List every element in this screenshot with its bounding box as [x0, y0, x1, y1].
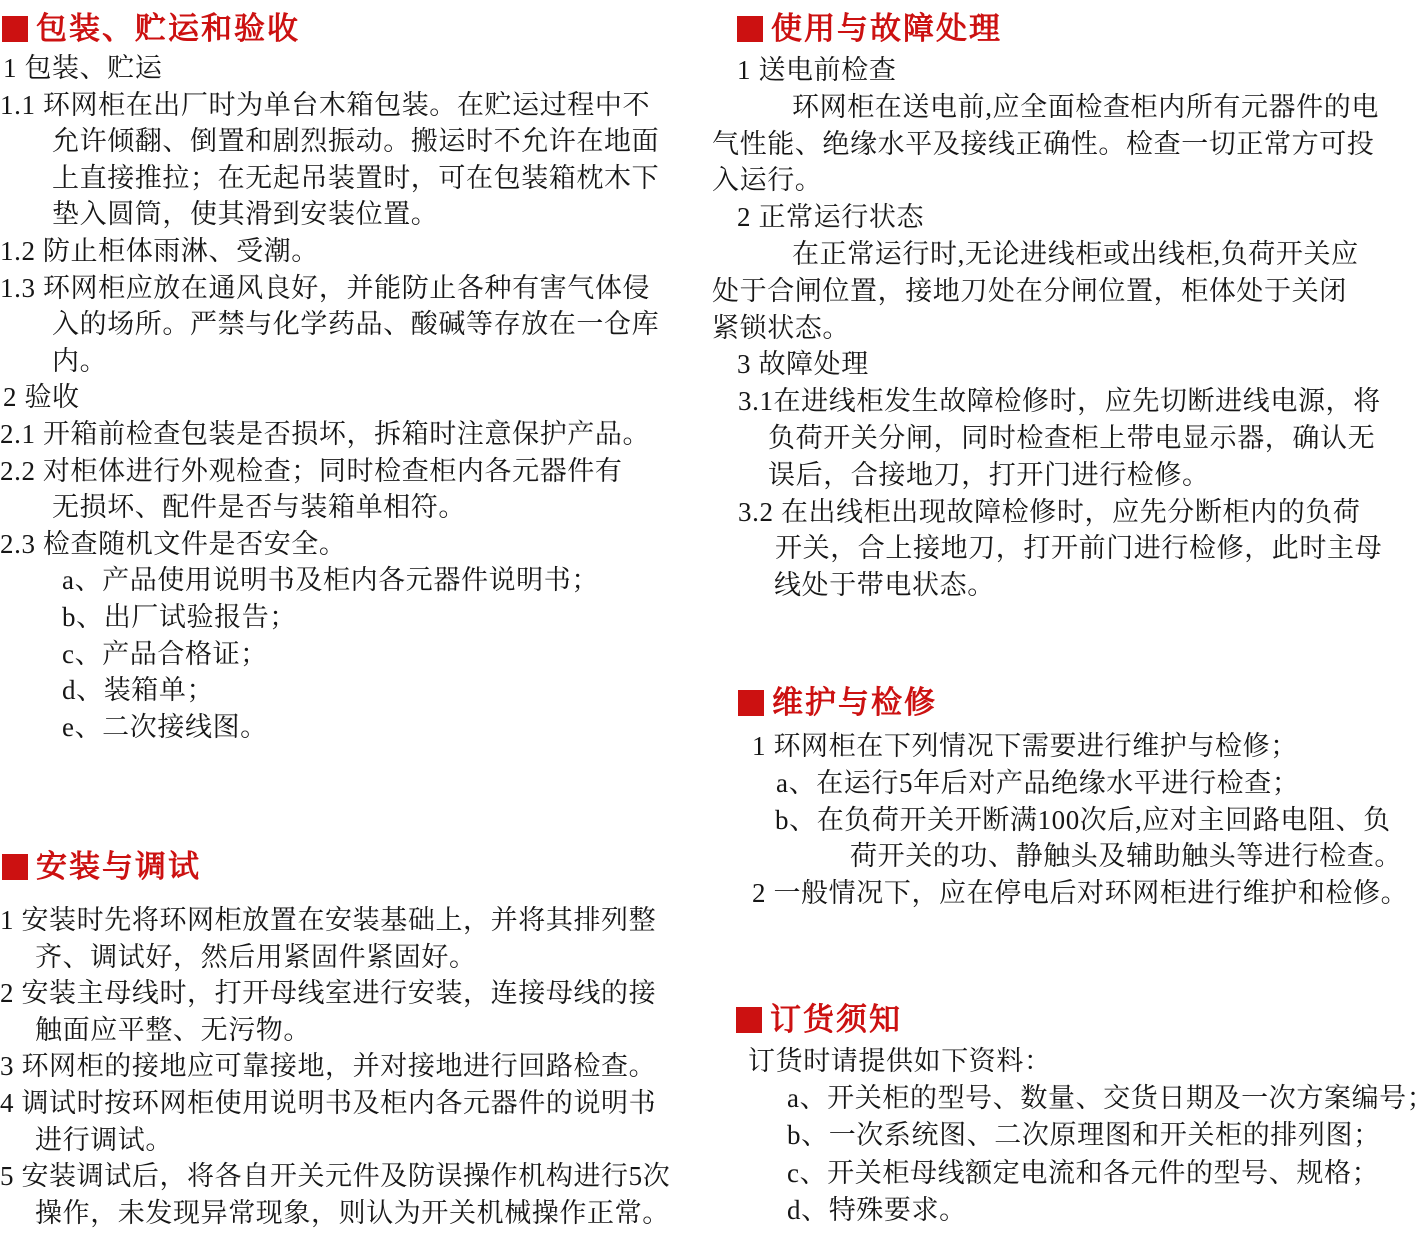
section-heading-ordering-label: 订货须知: [770, 1004, 902, 1035]
text-line: c、开关柜母线额定电流和各元件的型号、规格；: [712, 1155, 1418, 1192]
text-line: 齐、调试好，然后用紧固件紧固好。: [0, 939, 708, 976]
text-line: 2.1 开箱前检查包装是否损坏，拆箱时注意保护产品。: [0, 416, 708, 453]
text-line: 1 安装时先将环网柜放置在安装基础上，并将其排列整: [0, 902, 708, 939]
text-line: 紧锁状态。: [712, 310, 1418, 347]
text-line: 2 安装主母线时，打开母线室进行安装，连接母线的接: [0, 975, 708, 1012]
heading-square-icon: [738, 690, 764, 716]
text-line: 误后，合接地刀，打开门进行检修。: [712, 457, 1418, 494]
text-line: 2 验收: [0, 379, 708, 416]
text-line: 进行调试。: [0, 1122, 708, 1159]
text-line: b、出厂试验报告；: [0, 599, 708, 636]
section-heading-installation: 安装与调试: [2, 851, 201, 882]
section-heading-usage-label: 使用与故障处理: [771, 13, 1002, 44]
text-line: 环网柜在送电前,应全面检查柜内所有元器件的电: [712, 89, 1418, 126]
text-line: a、在运行5年后对产品绝缘水平进行检查；: [712, 765, 1418, 802]
text-line: d、装箱单；: [0, 672, 708, 709]
right-column: 使用与故障处理 1 送电前检查 环网柜在送电前,应全面检查柜内所有元器件的电 气…: [712, 0, 1418, 1258]
text-line: 2.3 检查随机文件是否安全。: [0, 526, 708, 563]
text-line: 2 一般情况下，应在停电后对环网柜进行维护和检修。: [712, 875, 1418, 912]
text-line: 荷开关的功、静触头及辅助触头等进行检查。: [712, 838, 1418, 875]
text-line: 1 环网柜在下列情况下需要进行维护与检修；: [712, 728, 1418, 765]
text-line: a、产品使用说明书及柜内各元器件说明书；: [0, 562, 708, 599]
maintenance-text-block: 1 环网柜在下列情况下需要进行维护与检修； a、在运行5年后对产品绝缘水平进行检…: [712, 728, 1418, 912]
text-line: 2 正常运行状态: [712, 199, 1418, 236]
text-line: e、二次接线图。: [0, 709, 708, 746]
text-line: 5 安装调试后，将各自开关元件及防误操作机构进行5次: [0, 1158, 708, 1195]
text-line: 3.2 在出线柜出现故障检修时，应先分断柜内的负荷: [712, 494, 1418, 531]
section-heading-maintenance-label: 维护与检修: [772, 687, 937, 718]
text-line: 触面应平整、无污物。: [0, 1012, 708, 1049]
section-heading-ordering: 订货须知: [736, 1004, 902, 1035]
section-heading-packaging: 包装、贮运和验收: [2, 13, 300, 44]
text-line: b、一次系统图、二次原理图和开关柜的排列图；: [712, 1117, 1418, 1154]
usage-text-block: 1 送电前检查 环网柜在送电前,应全面检查柜内所有元器件的电 气性能、绝缘水平及…: [712, 52, 1418, 604]
section-heading-usage: 使用与故障处理: [737, 13, 1002, 44]
text-line: 入运行。: [712, 162, 1418, 199]
text-line: 3.1在进线柜发生故障检修时，应先切断进线电源，将: [712, 383, 1418, 420]
text-line: 内。: [0, 343, 708, 380]
text-line: 订货时请提供如下资料：: [712, 1043, 1418, 1080]
text-line: 操作，未发现异常现象，则认为开关机械操作正常。: [0, 1195, 708, 1232]
text-line: 上直接推拉；在无起吊装置时，可在包装箱枕木下: [0, 160, 708, 197]
text-line: c、产品合格证；: [0, 636, 708, 673]
text-line: 1.3 环网柜应放在通风良好，并能防止各种有害气体侵: [0, 270, 708, 307]
section-heading-packaging-label: 包装、贮运和验收: [36, 13, 300, 44]
document-page: 包装、贮运和验收 1 包装、贮运 1.1 环网柜在出厂时为单台木箱包装。在贮运过…: [0, 0, 1418, 1258]
ordering-text-block: 订货时请提供如下资料： a、开关柜的型号、数量、交货日期及一次方案编号； b、一…: [712, 1043, 1418, 1229]
text-line: 处于合闸位置，接地刀处在分闸位置，柜体处于关闭: [712, 273, 1418, 310]
left-column: 包装、贮运和验收 1 包装、贮运 1.1 环网柜在出厂时为单台木箱包装。在贮运过…: [0, 0, 708, 1258]
text-line: 2.2 对柜体进行外观检查；同时检查柜内各元器件有: [0, 453, 708, 490]
heading-square-icon: [736, 1007, 762, 1033]
section-heading-installation-label: 安装与调试: [36, 851, 201, 882]
heading-square-icon: [2, 854, 28, 880]
text-line: a、开关柜的型号、数量、交货日期及一次方案编号；: [712, 1080, 1418, 1117]
text-line: 3 故障处理: [712, 346, 1418, 383]
text-line: 开关，合上接地刀，打开前门进行检修，此时主母: [712, 530, 1418, 567]
text-line: d、特殊要求。: [712, 1192, 1418, 1229]
text-line: 1 包装、贮运: [0, 50, 708, 87]
heading-square-icon: [2, 16, 28, 42]
text-line: 1.1 环网柜在出厂时为单台木箱包装。在贮运过程中不: [0, 87, 708, 124]
text-line: b、在负荷开关开断满100次后,应对主回路电阻、负: [712, 802, 1418, 839]
text-line: 气性能、绝缘水平及接线正确性。检查一切正常方可投: [712, 126, 1418, 163]
text-line: 4 调试时按环网柜使用说明书及柜内各元器件的说明书: [0, 1085, 708, 1122]
text-line: 3 环网柜的接地应可靠接地，并对接地进行回路检查。: [0, 1048, 708, 1085]
text-line: 垫入圆筒，使其滑到安装位置。: [0, 196, 708, 233]
section-heading-maintenance: 维护与检修: [738, 687, 937, 718]
installation-text-block: 1 安装时先将环网柜放置在安装基础上，并将其排列整 齐、调试好，然后用紧固件紧固…: [0, 902, 708, 1231]
text-line: 1 送电前检查: [712, 52, 1418, 89]
text-line: 在正常运行时,无论进线柜或出线柜,负荷开关应: [712, 236, 1418, 273]
packaging-text-block: 1 包装、贮运 1.1 环网柜在出厂时为单台木箱包装。在贮运过程中不 允许倾翻、…: [0, 50, 708, 745]
heading-square-icon: [737, 16, 763, 42]
text-line: 无损坏、配件是否与装箱单相符。: [0, 489, 708, 526]
text-line: 线处于带电状态。: [712, 567, 1418, 604]
text-line: 允许倾翻、倒置和剧烈振动。搬运时不允许在地面: [0, 123, 708, 160]
text-line: 入的场所。严禁与化学药品、酸碱等存放在一仓库: [0, 306, 708, 343]
text-line: 负荷开关分闸，同时检查柜上带电显示器，确认无: [712, 420, 1418, 457]
text-line: 1.2 防止柜体雨淋、受潮。: [0, 233, 708, 270]
